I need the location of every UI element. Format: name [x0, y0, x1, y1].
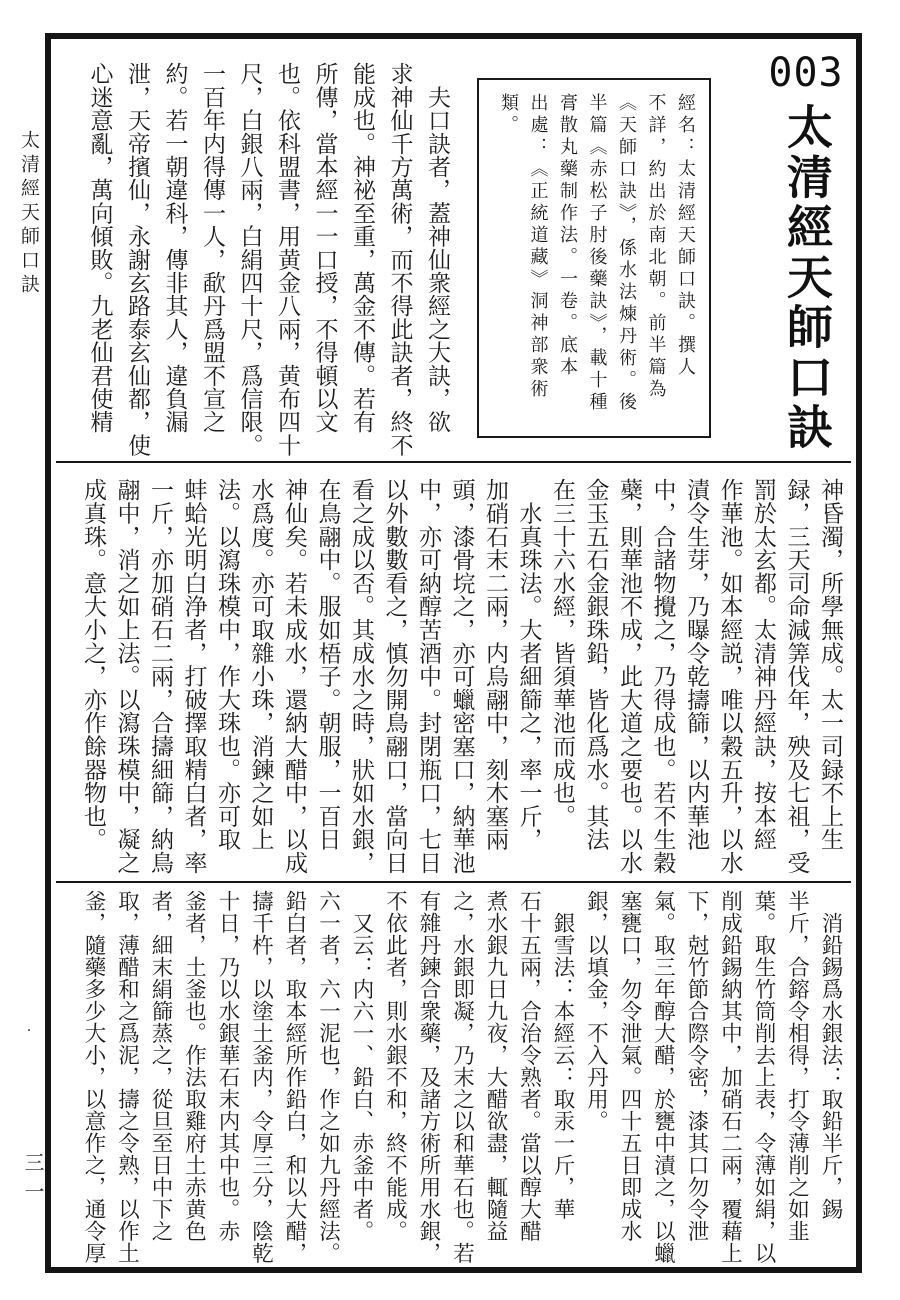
text-column: 夫口訣者，蓋神仙衆經之大訣，欲 [419, 62, 457, 458]
text-column: 十日，乃以水銀華石末内其中也。赤 [211, 890, 245, 1264]
text-column: 半篇《赤松子肘後藥訣》，載十種 [582, 93, 612, 423]
text-column: 出處：《正統道藏》洞神部衆術 [523, 93, 553, 423]
text-column: 煮水銀九日九夜，大醋欲盡，輒隨益 [479, 890, 513, 1264]
text-column: 有雜丹鍊合衆藥，及諸方術所用水銀， [412, 890, 446, 1264]
text-column: 中，亦可納醇苦酒中。封閉瓶口，七日 [412, 478, 446, 876]
text-column: 類。 [494, 93, 524, 423]
text-column: 釜，隨藥多少大小，以意作之，通令厚 [77, 890, 111, 1264]
text-column: 《天師口訣》，係水法煉丹術。後 [612, 93, 642, 423]
text-column: 在三十六水經，皆須華池而成也。 [546, 478, 580, 876]
text-column: 銀，以填金，不入丹用。 [579, 890, 613, 1264]
text-column: 法。以瀉珠模中，作大珠也。亦可取 [211, 478, 245, 876]
page-frame: 003 太清經天師口訣 經名：太清經天師口訣。撰人不詳，約出於南北朝。前半篇為《… [45, 33, 862, 1273]
section-main: 神昏濁，所學無成。太一司録不上生録，三天司命減筭伐年，殃及七祖，受罰於太玄都。太… [75, 478, 847, 876]
text-column: 蚌蛤光明白浄者，打破擇取精白者，率 [177, 478, 211, 876]
document-number: 003 [759, 49, 853, 97]
text-column: 不依此者，則水銀不和，終不能成。 [378, 890, 412, 1264]
text-column: 在鳥翮中。服如梧子。朝服，一百日 [311, 478, 345, 876]
section-divider-top [56, 461, 851, 463]
text-column: 神仙矣。若未成水，還納大醋中，以成 [278, 478, 312, 876]
text-column: 水爲度。亦可取雜小珠，消鍊之如上 [244, 478, 278, 876]
text-column: 所傳，當本經一一口授，不得頓以文 [306, 62, 344, 458]
text-column: 也。依科盟書，用黄金八兩，黄布四十 [269, 62, 307, 458]
text-column: 消鉛錫爲水銀法：取鉛半斤，錫 [814, 890, 848, 1264]
text-column: 罰於太玄都。太清神丹經訣，按本經 [747, 478, 781, 876]
text-column: 加硝石末二兩，内烏翮中，刻木塞兩 [479, 478, 513, 876]
title-block: 003 太清經天師口訣 [759, 49, 853, 453]
text-column: 膏散丸藥制作法。一卷。底本 [553, 93, 583, 423]
margin-dot: . [27, 1018, 31, 1036]
text-column: 成真珠。意大小之，亦作餘器物也。 [77, 478, 111, 876]
text-column: 求神仙千方萬術，而不得此訣者，終不 [381, 62, 419, 458]
text-column: 銀雪法：本經云：取汞一斤，華 [546, 890, 580, 1264]
text-column: 擣千杵，以塗土釜内，令厚三分，陰乾 [244, 890, 278, 1264]
text-column: 翮中，消之如上法。以瀉珠模中，凝之 [110, 478, 144, 876]
section-divider-bottom [56, 881, 851, 883]
text-column: 之，水銀即凝，乃末之以和華石也。若 [445, 890, 479, 1264]
text-column: 氣。取三年醇大醋，於甕中漬之，以蠟 [646, 890, 680, 1264]
text-column: 中，合諸物攪之，乃得成也。若不生穀 [646, 478, 680, 876]
text-column: 漬令生芽，乃曝令乾擣篩，以内華池 [680, 478, 714, 876]
text-column: 作華池。如本經説，唯以穀五升，以水 [713, 478, 747, 876]
section-recipes: 消鉛錫爲水銀法：取鉛半斤，錫半斤，合鎔令相得，打令薄削之如韭葉。取生竹筒削去上表… [75, 890, 847, 1264]
text-column: 録，三天司命減筭伐年，殃及七祖，受 [780, 478, 814, 876]
text-column: 者，細末絹篩蒸之，從旦至日中下之 [144, 890, 178, 1264]
text-column: 看之成以否。其成水之時，狀如水銀， [345, 478, 379, 876]
text-column: 金玉五石金銀珠鉛，皆化爲水。其法 [579, 478, 613, 876]
text-column: 葉。取生竹筒削去上表，令薄如絹，以 [747, 890, 781, 1264]
bibliography-box: 經名：太清經天師口訣。撰人不詳，約出於南北朝。前半篇為《天師口訣》，係水法煉丹術… [477, 78, 711, 438]
text-column: 塞甕口，勿令泄氣。四十五日即成水 [613, 890, 647, 1264]
text-column: 石十五兩，合治令熟者。當以醇大醋 [512, 890, 546, 1264]
text-column: 六一者，六一泥也，作之如九丹經法。 [311, 890, 345, 1264]
text-column: 半斤，合鎔令相得，打令薄削之如韭 [780, 890, 814, 1264]
text-column: 取，薄醋和之爲泥，擣之令熟，以作土 [110, 890, 144, 1264]
folio-number: 三一 [18, 1152, 47, 1210]
text-column: 能成也。神祕至重，萬金不傳。若有 [344, 62, 382, 458]
text-column: 一斤，亦加硝石二兩，合擣細篩，納鳥 [144, 478, 178, 876]
text-column: 下，尅竹節合際令密，漆其口勿令泄 [680, 890, 714, 1264]
text-column: 一百年内得傳一人，歃丹爲盟不宣之 [194, 62, 232, 458]
text-column: 以外數數看之，慎勿開鳥翮口，當向日 [378, 478, 412, 876]
text-column: 頭，漆骨垸之，亦可蠟密塞口，納華池 [445, 478, 479, 876]
text-column: 鉛白者，取本經所作鉛白，和以大醋， [278, 890, 312, 1264]
text-column: 泄，天帝擯仙，永謝玄路泰玄仙都，使 [119, 62, 157, 458]
text-column: 削成鉛錫納其中，加硝石二兩，覆藉上 [713, 890, 747, 1264]
text-column: 約。若一朝違科，傳非其人，違負漏 [156, 62, 194, 458]
text-column: 又云：内六一、鉛白、赤釜中者。 [345, 890, 379, 1264]
margin-title: 太清經天師口訣 [15, 130, 42, 298]
text-column: 不詳，約出於南北朝。前半篇為 [641, 93, 671, 423]
text-column: 心迷意亂，萬向傾敗。九老仙君使精 [81, 62, 119, 458]
text-column: 神昏濁，所學無成。太一司録不上生 [814, 478, 848, 876]
text-column: 尺，白銀八兩，白絹四十尺，爲信限。 [231, 62, 269, 458]
text-column: 蘗，則華池不成，此大道之要也。以水 [613, 478, 647, 876]
text-column: 水真珠法。大者細篩之，率一斤， [512, 478, 546, 876]
text-column: 經名：太清經天師口訣。撰人 [671, 93, 701, 423]
text-column: 釜者，土釜也。作法取雞府土赤黄色 [177, 890, 211, 1264]
page-canvas: 太清經天師口訣 . 三一 003 太清經天師口訣 經名：太清經天師口訣。撰人不詳… [0, 0, 900, 1300]
page-title: 太清經天師口訣 [777, 103, 835, 453]
section-intro: 夫口訣者，蓋神仙衆經之大訣，欲求神仙千方萬術，而不得此訣者，終不能成也。神祕至重… [75, 62, 456, 458]
